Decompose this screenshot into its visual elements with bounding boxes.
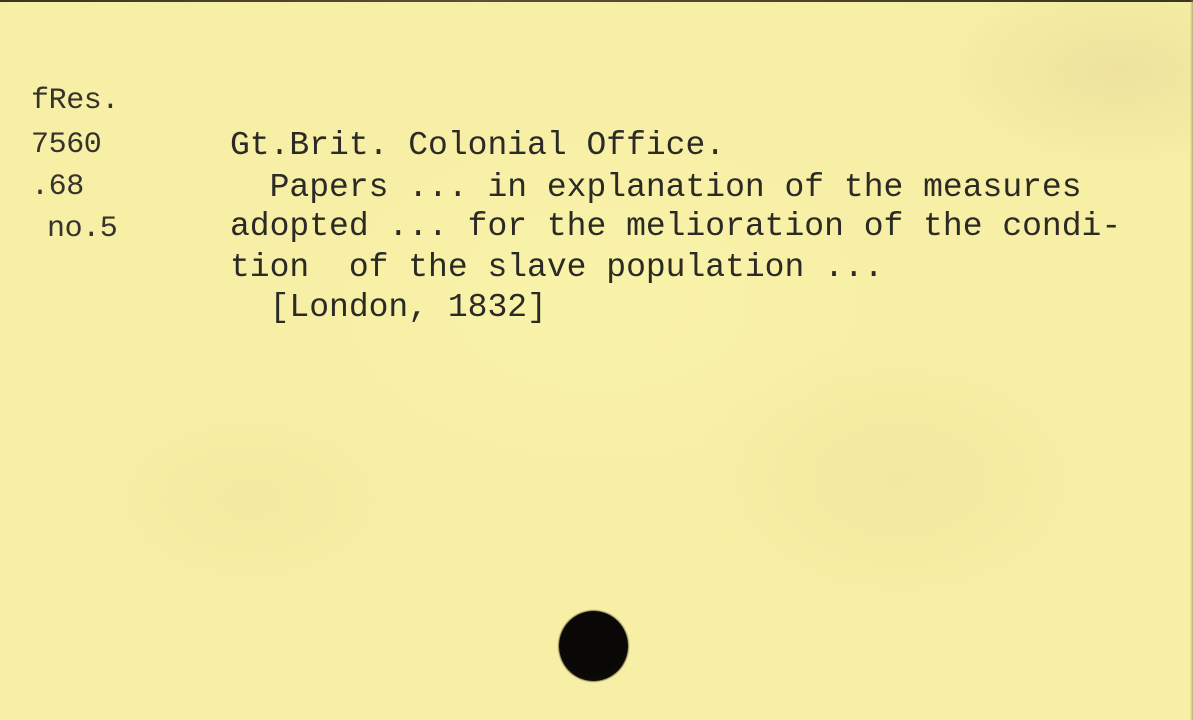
call-number-line: .68 xyxy=(31,172,84,202)
card-top-edge xyxy=(0,0,1193,2)
catalog-card: fRes. 7560 .68 no.5 Gt.Brit. Colonial Of… xyxy=(0,0,1193,720)
entry-title-line: tion of the slave population ... xyxy=(230,251,884,284)
call-number-line: fRes. xyxy=(31,86,119,116)
punch-hole xyxy=(559,611,628,681)
entry-imprint: [London, 1832] xyxy=(230,291,547,324)
entry-title-line: adopted ... for the melioration of the c… xyxy=(230,210,1121,243)
call-number-line: no.5 xyxy=(47,214,117,244)
entry-title-line: Papers ... in explanation of the measure… xyxy=(230,171,1082,204)
call-number-line: 7560 xyxy=(31,130,101,160)
entry-heading: Gt.Brit. Colonial Office. xyxy=(230,129,725,162)
